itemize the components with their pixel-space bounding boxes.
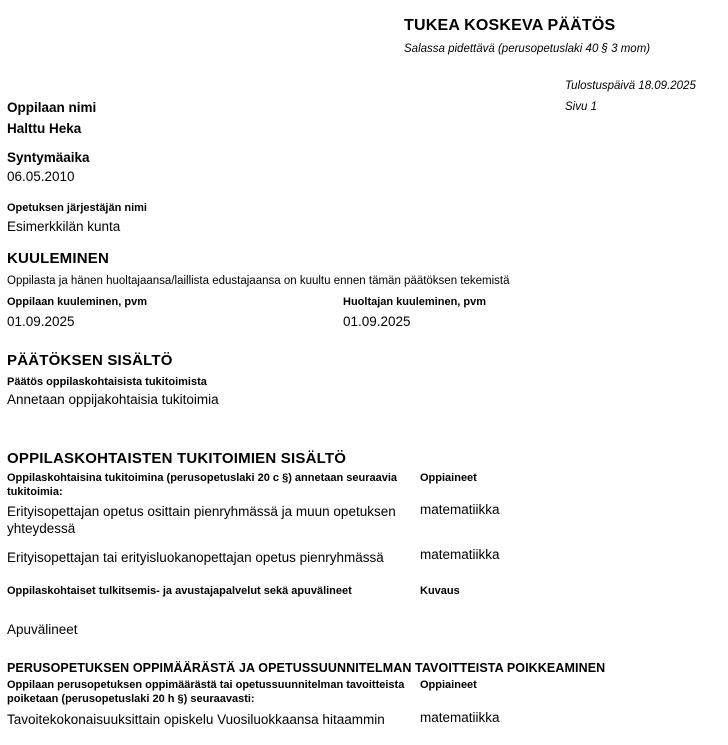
student-hearing-label: Oppilaan kuuleminen, pvm: [7, 296, 147, 310]
description-column-header: Kuvaus: [420, 585, 460, 599]
document-page: TUKEA KOSKEVA PÄÄTÖS Salassa pidettävä (…: [0, 0, 728, 745]
decision-value: Annetaan oppijakohtaisia tukitoimia: [7, 391, 219, 408]
deviation-row: Tavoitekokonaisuuksittain opiskelu Vuosi…: [7, 711, 417, 728]
decision-label: Päätös oppilaskohtaisista tukitoimista: [7, 376, 207, 390]
student-hearing-date: 01.09.2025: [7, 313, 75, 330]
page-number: Sivu 1: [565, 101, 597, 113]
subjects-column-header: Oppiaineet: [420, 679, 477, 693]
support-measures-intro: Oppilaskohtaisina tukitoimina (perusopet…: [7, 472, 415, 499]
support-measures-section-heading: OPPILASKOHTAISTEN TUKITOIMIEN SISÄLTÖ: [7, 450, 346, 467]
support-measure-subject: matematiikka: [420, 501, 500, 518]
decision-section-heading: PÄÄTÖKSEN SISÄLTÖ: [7, 352, 173, 369]
curriculum-deviation-intro: Oppilaan perusopetuksen oppimäärästä tai…: [7, 679, 415, 706]
guardian-hearing-label: Huoltajan kuuleminen, pvm: [343, 296, 486, 310]
curriculum-deviation-section-heading: PERUSOPETUKSEN OPPIMÄÄRÄSTÄ JA OPETUSSUU…: [7, 661, 605, 675]
deviation-subject: matematiikka: [420, 709, 500, 726]
support-measure-row: Erityisopettajan tai erityisluokanopetta…: [7, 549, 417, 566]
education-organizer-label: Opetuksen järjestäjän nimi: [7, 202, 147, 216]
birthdate-label: Syntymäaika: [7, 150, 90, 165]
hearing-description: Oppilasta ja hänen huoltajaansa/laillist…: [7, 275, 510, 287]
subjects-column-header: Oppiaineet: [420, 472, 477, 486]
print-date: Tulostuspäivä 18.09.2025: [565, 80, 696, 92]
document-title: TUKEA KOSKEVA PÄÄTÖS: [404, 17, 615, 35]
birthdate-value: 06.05.2010: [7, 168, 75, 185]
guardian-hearing-date: 01.09.2025: [343, 313, 411, 330]
education-organizer-value: Esimerkkilän kunta: [7, 218, 120, 235]
services-value: Apuvälineet: [7, 621, 78, 638]
support-measure-row: Erityisopettajan opetus osittain pienryh…: [7, 503, 417, 537]
student-name-label: Oppilaan nimi: [7, 100, 96, 115]
student-name: Halttu Heka: [7, 121, 81, 136]
hearing-section-heading: KUULEMINEN: [7, 250, 109, 267]
support-measure-subject: matematiikka: [420, 546, 500, 563]
confidentiality-note: Salassa pidettävä (perusopetuslaki 40 § …: [404, 43, 650, 55]
services-label: Oppilaskohtaiset tulkitsemis- ja avustaj…: [7, 585, 352, 599]
